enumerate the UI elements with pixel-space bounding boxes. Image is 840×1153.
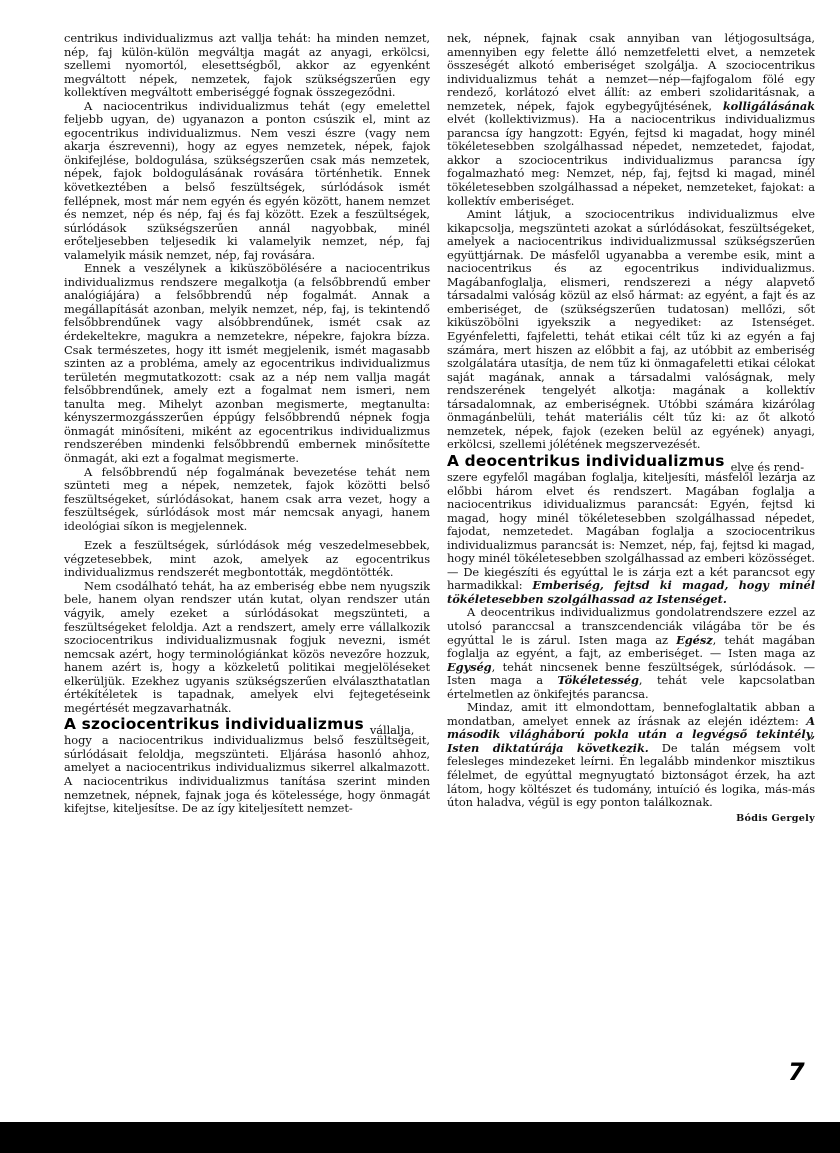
heading-continuation: vállalja, [370, 723, 414, 737]
paragraph: Amint látjuk, a szociocentrikus individu… [447, 208, 815, 452]
author-signature: Bódis Gergely [447, 812, 815, 826]
paragraph: Ezek a feszültségek, súrlódások még vesz… [64, 539, 430, 580]
section-heading-line: A szociocentrikus individualizmusvállalj… [64, 715, 430, 734]
emphasis: kolligálásának [723, 99, 815, 113]
page-number: 7 [788, 1058, 805, 1086]
right-column: nek, népnek, fajnak csak annyiban van lé… [447, 32, 815, 825]
paragraph: Nem csodálható tehát, ha az emberiség eb… [64, 580, 430, 715]
section-heading: A szociocentrikus individualizmus [64, 715, 364, 733]
paragraph: Mindaz, amit itt elmondottam, bennefogla… [447, 701, 815, 809]
scan-edge-bar [0, 1122, 840, 1153]
section-heading: A deocentrikus individualizmus [447, 452, 725, 470]
text-run: szere egyfelől magában foglalja, kitelje… [447, 470, 815, 592]
paragraph: A naciocentrikus individualizmus tehát (… [64, 100, 430, 263]
section-heading-line: A deocentrikus individualizmuselve és re… [447, 452, 815, 471]
paragraph: A felsőbbrendű nép fogalmának bevezetése… [64, 466, 430, 534]
emphasis: Egész [676, 633, 713, 647]
paragraph: szere egyfelől magában foglalja, kitelje… [447, 471, 815, 606]
paragraph: centrikus individualizmus azt vallja teh… [64, 32, 430, 100]
paragraph: Ennek a veszélynek a kiküszöbölésére a n… [64, 262, 430, 465]
paragraph: nek, népnek, fajnak csak annyiban van lé… [447, 32, 815, 208]
emphasis: Tökéletesség [557, 673, 638, 687]
emphasis: Egység [447, 660, 492, 674]
paragraph: A deocentrikus individualizmus gondolatr… [447, 606, 815, 701]
paragraph: hogy a naciocentrikus individualizmus be… [64, 734, 430, 815]
text-run: Mindaz, amit itt elmondottam, bennefogla… [447, 700, 815, 728]
magazine-page: centrikus individualizmus azt vallja teh… [0, 0, 840, 1122]
text-run: elvét (kollektivizmus). Ha a naciocentri… [447, 112, 815, 207]
left-column: centrikus individualizmus azt vallja teh… [64, 32, 430, 816]
heading-continuation: elve és rend- [731, 460, 804, 474]
